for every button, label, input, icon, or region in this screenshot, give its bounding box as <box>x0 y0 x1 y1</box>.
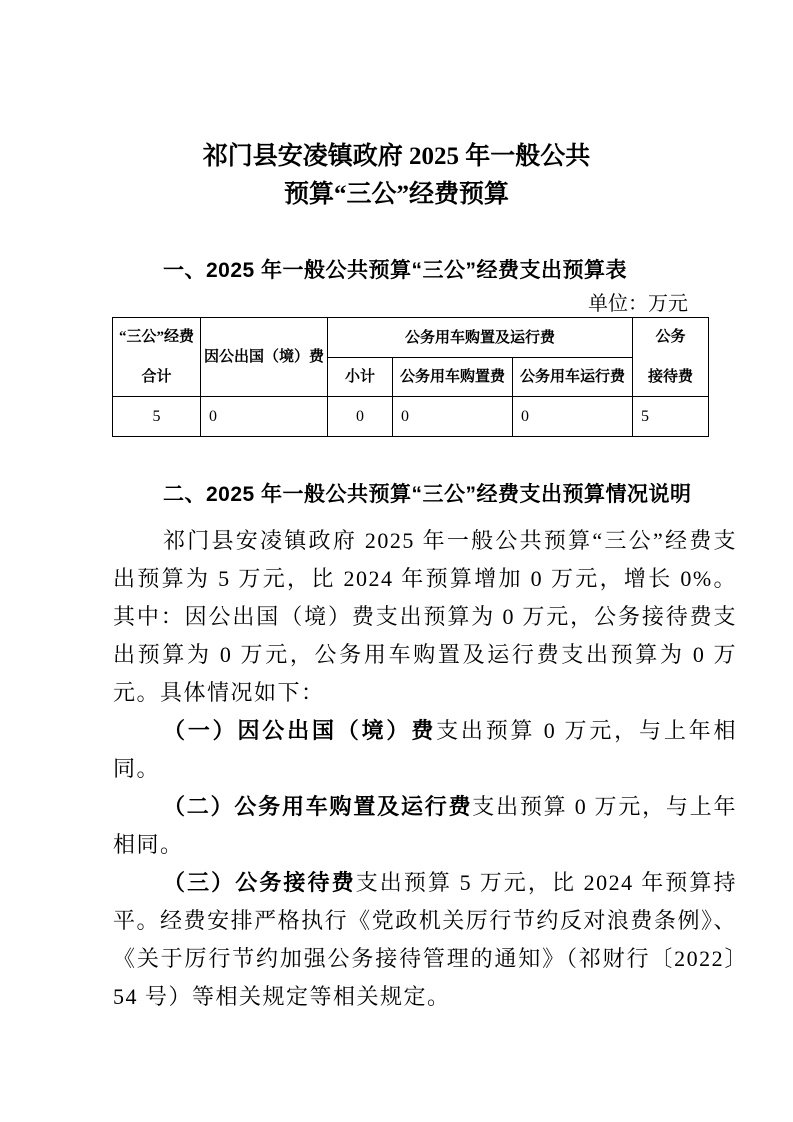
document-title-line1: 祁门县安凌镇政府 2025 年一般公共 <box>0 138 793 176</box>
header-reception-fee-lines: 公务 接待费 <box>633 328 708 386</box>
section1-heading: 一、2025 年一般公共预算“三公”经费支出预算表 <box>113 258 737 284</box>
table-data-row: 5 0 0 0 0 5 <box>113 397 709 437</box>
section2: 二、2025 年一般公共预算“三公”经费支出预算情况说明 祁门县安凌镇政府 20… <box>113 482 737 1016</box>
paragraph-item1: （一）因公出国（境）费支出预算 0 万元，与上年相同。 <box>113 712 737 788</box>
paragraph-item2: （二）公务用车购置及运行费支出预算 0 万元，与上年相同。 <box>113 788 737 864</box>
budget-table: “三公”经费 合计 因公出国（境）费 公务用车购置及运行费 公务 接待费 小 <box>112 317 709 437</box>
header-sangong-total-line2: 合计 <box>141 368 171 386</box>
header-sangong-total-lines: “三公”经费 合计 <box>113 328 200 386</box>
paragraph-item3: （三）公务接待费支出预算 5 万元，比 2024 年预算持平。经费安排严格执行《… <box>113 864 737 1016</box>
value-vehicle-subtotal: 0 <box>328 397 393 437</box>
paragraph-item1-bold: （一）因公出国（境）费 <box>163 718 436 743</box>
header-vehicle-purchase: 公务用车购置费 <box>393 358 513 397</box>
table-header-row-1: “三公”经费 合计 因公出国（境）费 公务用车购置及运行费 公务 接待费 <box>113 318 709 358</box>
header-vehicle-operation: 公务用车运行费 <box>513 358 633 397</box>
document-title: 祁门县安凌镇政府 2025 年一般公共 预算“三公”经费预算 <box>0 138 793 214</box>
header-abroad-fee: 因公出国（境）费 <box>201 318 328 397</box>
value-vehicle-operation: 0 <box>513 397 633 437</box>
value-abroad-fee: 0 <box>201 397 328 437</box>
header-reception-fee-line1: 公务 <box>656 328 686 346</box>
paragraph-overview: 祁门县安凌镇政府 2025 年一般公共预算“三公”经费支出预算为 5 万元，比 … <box>113 522 737 712</box>
header-reception-fee: 公务 接待费 <box>633 318 709 397</box>
paragraph-item2-bold: （二）公务用车购置及运行费 <box>163 794 472 819</box>
value-vehicle-purchase: 0 <box>393 397 513 437</box>
document-title-line2: 预算“三公”经费预算 <box>0 176 793 214</box>
header-reception-fee-line2: 接待费 <box>648 368 693 386</box>
section1: 一、2025 年一般公共预算“三公”经费支出预算表 <box>113 258 737 284</box>
document-page: 祁门县安凌镇政府 2025 年一般公共 预算“三公”经费预算 一、2025 年一… <box>0 0 793 1122</box>
header-sangong-total: “三公”经费 合计 <box>113 318 201 397</box>
unit-label: 单位：万元 <box>112 293 708 315</box>
value-reception-fee: 5 <box>633 397 709 437</box>
header-vehicle-group: 公务用车购置及运行费 <box>328 318 633 358</box>
paragraph-item3-bold: （三）公务接待费 <box>163 870 356 895</box>
budget-table-block: 单位：万元 “三公”经费 合计 因公出国（境）费 <box>112 293 708 437</box>
value-sangong-total: 5 <box>113 397 201 437</box>
header-vehicle-subtotal: 小计 <box>328 358 393 397</box>
section2-heading: 二、2025 年一般公共预算“三公”经费支出预算情况说明 <box>113 482 737 508</box>
header-sangong-total-line1: “三公”经费 <box>119 328 194 346</box>
